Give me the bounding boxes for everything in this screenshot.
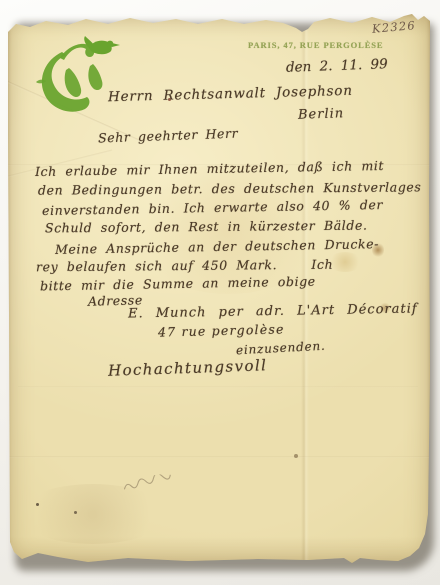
pencil-scribble-icon [121, 473, 174, 493]
letter-paper: K2326 PARIS, 47, RUE PERGOLÈSE den 2. 11… [8, 14, 430, 566]
paper-speck [36, 503, 39, 506]
paper-crease [18, 386, 418, 388]
body-line: Meine Ansprüche an der deutschen Drucke- [55, 236, 379, 257]
body-line: bitte mir die Summe an meine obige [40, 274, 316, 294]
art-nouveau-monogram-icon [34, 34, 124, 120]
recipient-city: Berlin [298, 106, 345, 123]
body-line: einverstanden bin. Ich erwarte also 40 %… [42, 197, 383, 218]
body-line: rey belaufen sich auf 450 Mark. Ich [36, 257, 333, 275]
paper-speck [74, 511, 77, 514]
body-line: Ich erlaube mir Ihnen mitzuteilen, daß i… [35, 158, 384, 179]
sender-address: 47 rue pergolèse [158, 321, 285, 339]
closing-salutation: Hochachtungsvoll [108, 356, 268, 380]
letterhead-address: PARIS, 47, RUE PERGOLÈSE [248, 40, 384, 50]
body-line: den Bedingungen betr. des deutschen Kuns… [38, 179, 422, 197]
body-line: Schuld sofort, den Rest in kürzester Bäl… [45, 218, 368, 236]
paper-stain [18, 484, 168, 544]
scan-background: K2326 PARIS, 47, RUE PERGOLÈSE den 2. 11… [0, 0, 440, 585]
signature-line: E. Munch per adr. L'Art Décoratif [128, 301, 418, 321]
send-instruction: einzusenden. [236, 339, 326, 358]
recipient-name: Herrn Rechtsanwalt Josephson [108, 83, 353, 105]
date-line: den 2. 11. 99 [286, 56, 388, 76]
paper-crease [8, 456, 430, 458]
catalog-number: K2326 [371, 18, 416, 36]
salutation: Sehr geehrter Herr [98, 126, 239, 146]
